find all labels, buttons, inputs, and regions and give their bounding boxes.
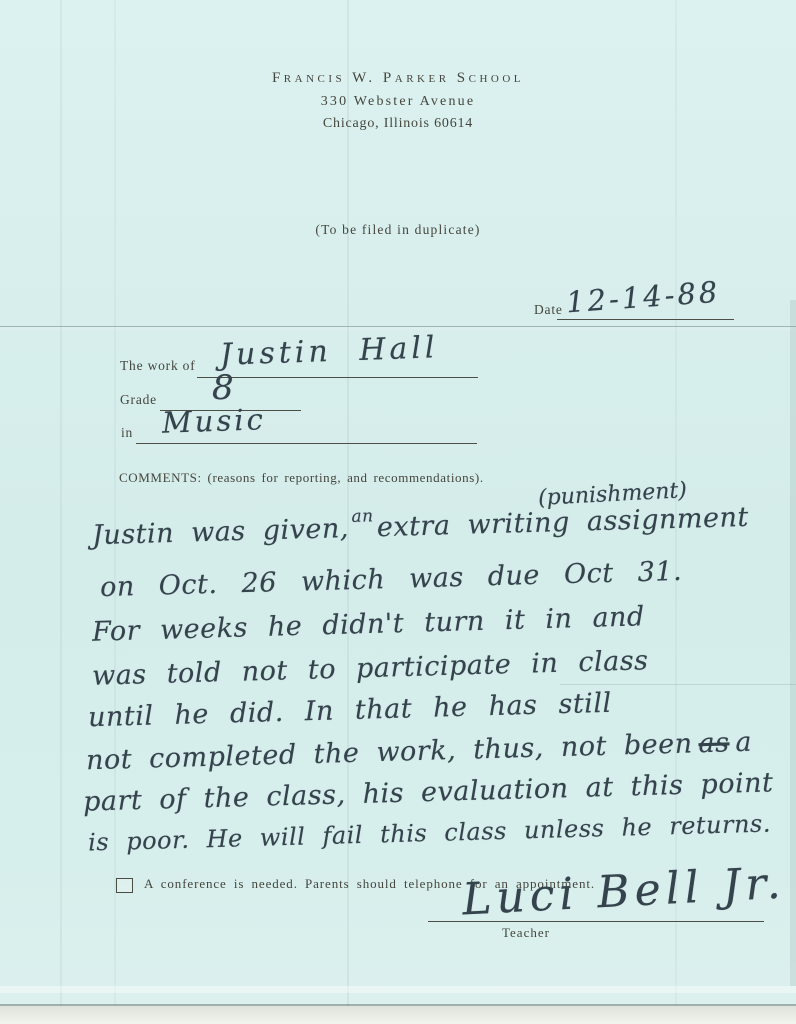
comment-line-1-start: Justin was given,	[92, 513, 350, 551]
comment-line-6: not completed the work, thus, not beenas…	[86, 727, 753, 777]
horizontal-fold-highlight	[0, 986, 796, 993]
grade-handwritten-value: 8	[212, 368, 234, 408]
scanned-document: Francis W. Parker School 330 Webster Ave…	[0, 0, 796, 1024]
subject-blank-line	[136, 443, 477, 444]
subject-handwritten-value: Music	[161, 402, 266, 440]
subject-label: in	[121, 425, 133, 441]
vertical-fold-line	[347, 0, 349, 1006]
school-address-city: Chicago, Illinois 60614	[0, 116, 796, 132]
teacher-label: Teacher	[502, 925, 550, 941]
horizontal-fold-line	[560, 684, 796, 685]
scanner-background	[0, 1006, 796, 1024]
comment-line-7: part of the class, his evaluation at thi…	[83, 767, 774, 817]
report-form-page: Francis W. Parker School 330 Webster Ave…	[0, 0, 796, 1006]
comments-label: COMMENTS: (reasons for reporting, and re…	[119, 470, 484, 486]
student-name-handwritten: Justin Hall	[219, 330, 439, 373]
comment-line-3: For weeks he didn't turn it in and	[92, 601, 645, 647]
date-blank-line	[557, 319, 734, 320]
grade-label: Grade	[120, 392, 157, 408]
duplicate-note: (To be filed in duplicate)	[0, 222, 796, 238]
comment-line-2: on Oct. 26 which was due Oct 31.	[100, 556, 683, 603]
horizontal-fold-line	[0, 326, 796, 327]
school-address-street: 330 Webster Avenue	[0, 94, 796, 110]
comment-line-5: until he did. In that he has still	[88, 688, 612, 734]
vertical-fold-line	[60, 0, 62, 1006]
date-handwritten-value: 12-14-88	[565, 275, 721, 320]
comment-line-1: Justin was given,anextra writing assignm…	[92, 502, 749, 551]
teacher-signature-handwritten: Luci Bell Jr.	[461, 858, 787, 926]
comment-line-6-end: a	[735, 727, 752, 758]
conference-checkbox	[116, 878, 133, 893]
work-of-label: The work of	[120, 358, 196, 374]
date-label: Date	[534, 302, 563, 318]
comment-line-8: is poor. He will fail this class unless …	[88, 809, 772, 856]
signature-line	[428, 921, 764, 922]
scribbled-out-word: as	[698, 727, 730, 759]
school-name: Francis W. Parker School	[0, 70, 796, 87]
comment-line-1-end: extra writing assignment	[376, 502, 749, 543]
inserted-word-an: an	[351, 506, 374, 527]
page-edge-shadow	[790, 300, 796, 986]
comment-line-6-start: not completed the work, thus, not been	[86, 728, 693, 776]
work-of-blank-line	[197, 377, 478, 378]
